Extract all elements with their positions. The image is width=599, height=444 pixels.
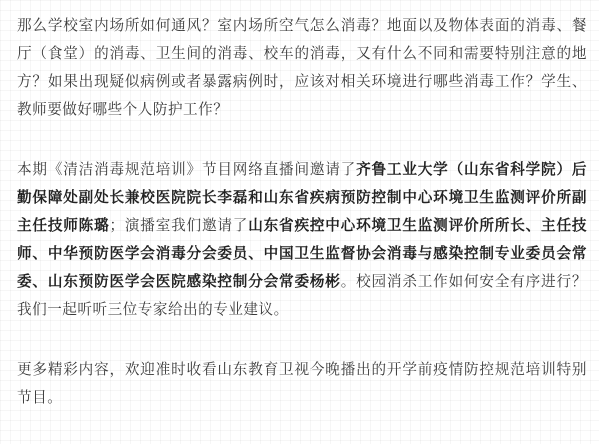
text-segment: ；演播室我们邀请了 (109, 217, 248, 234)
paragraph-broadcast-notice: 更多精彩内容，欢迎准时收看山东教育卫视今晚播出的开学前疫情防控规范培训特别节目。 (17, 356, 587, 386)
text-segment: 本期《清洁消毒规范培训》节目网络直播间邀请了 (17, 161, 356, 178)
text-segment: 那么学校室内场所如何通风？室内场所空气怎么消毒？地面以及物体表面的消毒、餐厅（食… (17, 17, 587, 118)
paragraph-guests: 本期《清洁消毒规范培训》节目网络直播间邀请了齐鲁工业大学（山东省科学院）后勤保障… (17, 156, 587, 324)
paragraph-questions: 那么学校室内场所如何通风？室内场所空气怎么消毒？地面以及物体表面的消毒、餐厅（食… (17, 12, 587, 124)
article-body: 那么学校室内场所如何通风？室内场所空气怎么消毒？地面以及物体表面的消毒、餐厅（食… (17, 12, 587, 386)
text-segment: 更多精彩内容，欢迎准时收看山东教育卫视今晚播出的开学前疫情防控规范培训特别节目。 (17, 361, 587, 386)
